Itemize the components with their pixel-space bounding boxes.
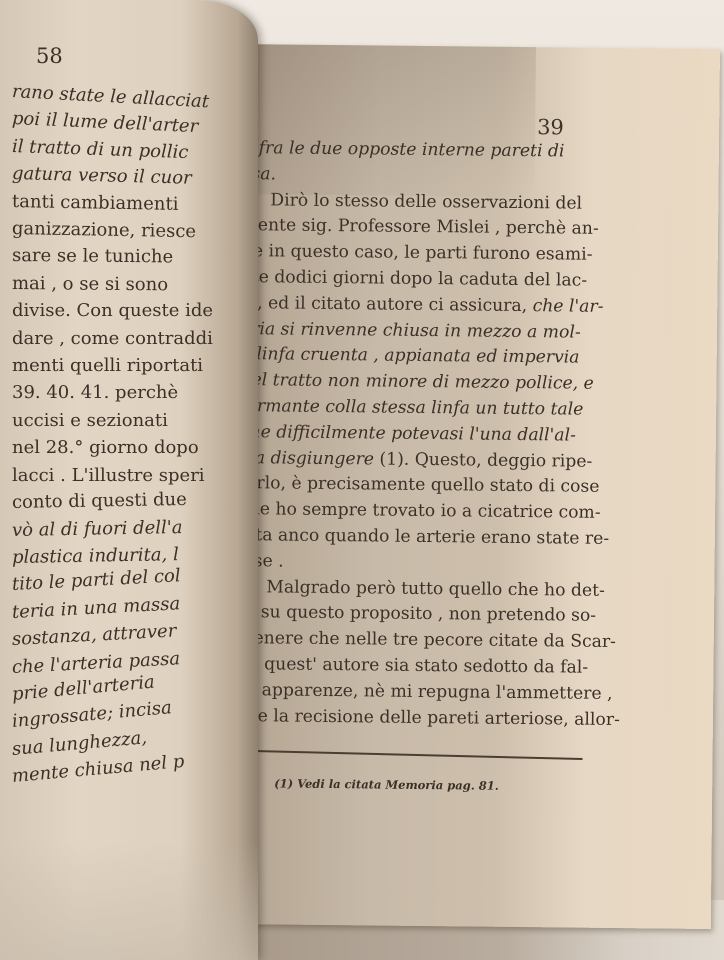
text-line: stenere che nelle tre pecore citate da S… [238,626,582,655]
text-line: terlo, è precisamente quello stato di co… [239,471,583,500]
text-line: ate dodici giorni dopo la caduta del lac… [241,265,585,294]
text-line: ssa. [242,162,586,191]
text-line: formante colla stessa linfa un tutto tal… [240,394,584,423]
text-line: a linfa cruenta , appianata ed impervia [241,342,585,371]
text-line: menti quelli riportati [12,352,262,379]
text-segment-italic: che l'ar- [533,296,604,317]
text-segment: (1). Questo, deggio ripe- [374,449,592,471]
text-line: pa quest' autore sia stato sedotto da fa… [237,652,581,681]
left-page: 58 rano state le allacciat poi il lume d… [0,0,258,960]
text-line: alente sig. Professore Mislei , perchè a… [242,213,586,242]
text-line: eria si rinvenne chiusa in mezzo a mol- [241,317,585,346]
text-line: che la recisione delle pareti arteriose,… [237,704,581,733]
right-page-text: o fra le due opposte interne pareti di s… [237,136,587,733]
text-line: Malgrado però tutto quello che ho det- [238,575,582,604]
page-number-right: 39 [537,115,564,139]
left-page-text: rano state le allacciat poi il lume dell… [12,78,262,791]
text-line: sare se le tuniche [12,242,262,272]
text-line: 39. 40. 41. perchè [12,379,262,406]
text-line: conto di questi due [12,485,262,517]
text-line: divise. Con queste ide [12,297,262,324]
text-line: Dirò lo stesso delle osservazioni del [242,188,586,217]
text-line: mai , o se si sono [12,270,262,300]
page-number-left: 58 [36,44,63,68]
text-line: to su questo proposito , non pretendo so… [238,600,582,629]
text-line: se apparenze, nè mi repugna l'ammettere … [237,678,581,707]
text-line: he in questo caso, le parti furono esami… [242,239,586,268]
text-line: pita anco quando le arterie erano state … [239,523,583,552]
text-line: dare , come contraddi [12,325,262,352]
text-line: nel 28.° giorno dopo [12,434,262,461]
text-line: tanti cambiamenti [12,188,262,220]
right-page: 39 o fra le due opposte interne pareti d… [227,44,720,929]
text-segment: io, ed il citato autore ci assicura, [241,293,533,316]
text-line: cise . [238,549,582,578]
text-line: che difficilmente potevasi l'una dall'al… [240,420,584,449]
text-line: o fra le due opposte interne pareti di [243,136,587,165]
text-line: uccisi e sezionati [12,407,262,434]
footnote-divider [243,750,583,760]
text-line: nel tratto non minore di mezzo pollice, … [240,368,584,397]
text-line: tra disgiungere (1). Questo, deggio ripe… [240,446,584,475]
footnote: (1) Vedi la citata Memoria pag. 81. [274,776,499,792]
text-line: io, ed il citato autore ci assicura, che… [241,291,585,320]
text-line: che ho sempre trovato io a cicatrice com… [239,497,583,526]
text-line: vò al di fuori dell'a [12,512,262,544]
